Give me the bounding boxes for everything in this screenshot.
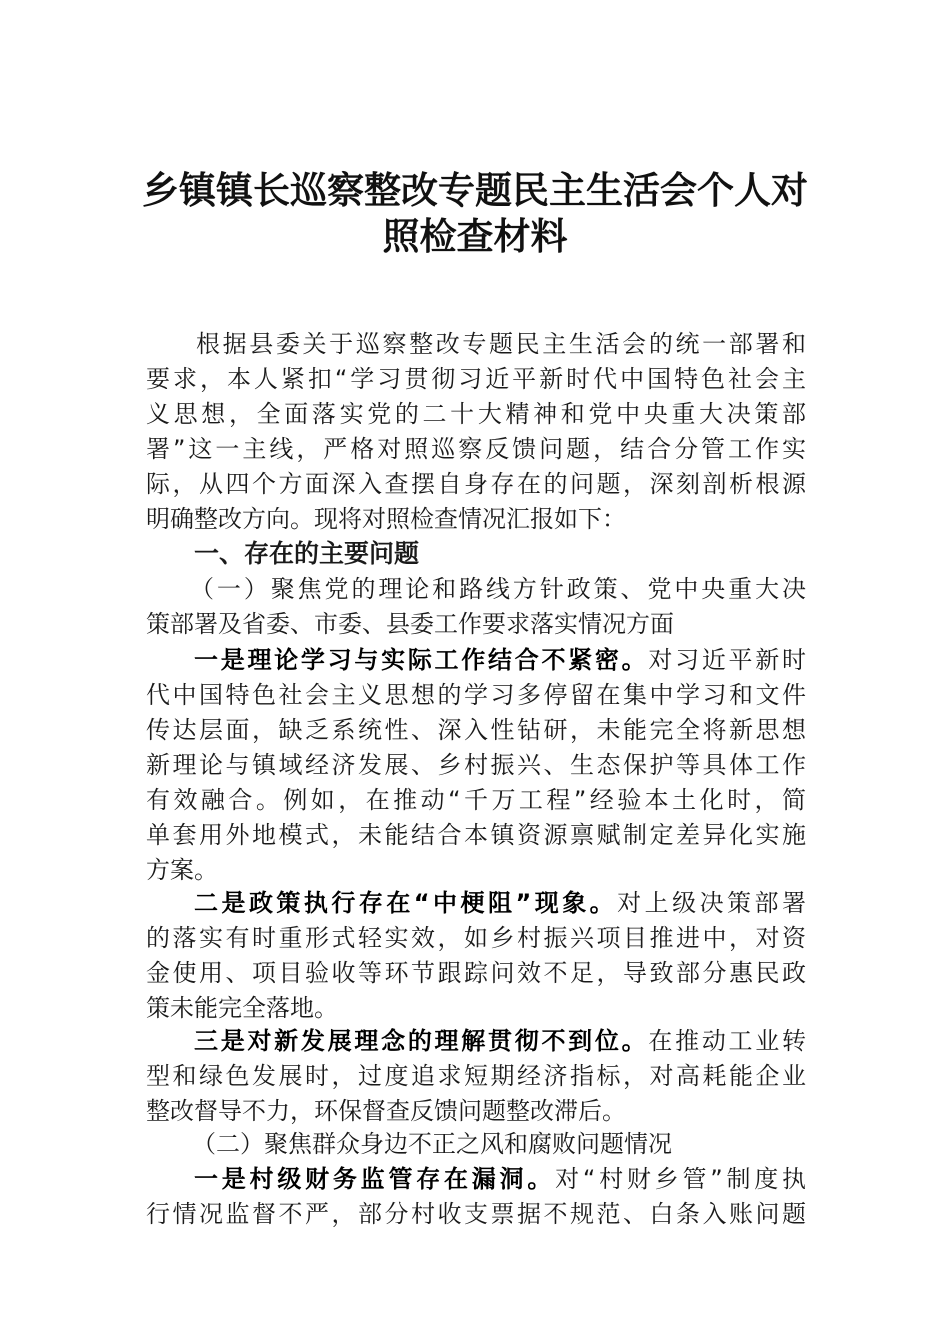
problem-heading: 三是对新发展理念的理解贯彻不到位。 (194, 1027, 648, 1055)
paragraph-line: 代中国特色社会主义思想的学习多停留在集中学习和文件 (146, 678, 806, 712)
problem-heading: 二是政策执行存在“中梗阻”现象。 (194, 889, 617, 917)
paragraph-line: 的落实有时重形式轻实效，如乡村振兴项目推进中，对资 (146, 921, 806, 955)
paragraph-text: 对上级决策部署 (617, 889, 806, 917)
intro-line: 根据县委关于巡察整改专题民主生活会的统一部署和 (196, 327, 806, 361)
paragraph-line: 金使用、项目验收等环节跟踪问效不足，导致部分惠民政 (146, 956, 806, 990)
paragraph-line: 单套用外地模式，未能结合本镇资源禀赋制定差异化实施 (146, 818, 806, 852)
subsection-heading-2: （二）聚焦群众身边不正之风和腐败问题情况 (192, 1127, 852, 1161)
paragraph-first-line: 二是政策执行存在“中梗阻”现象。对上级决策部署 (194, 886, 806, 920)
paragraph-first-line: 一是理论学习与实际工作结合不紧密。对习近平新时 (194, 643, 806, 677)
subsection-heading-line: （一）聚焦党的理论和路线方针政策、党中央重大决 (190, 572, 806, 606)
document-page: 乡镇镇长巡察整改专题民主生活会个人对 照检查材料 根据县委关于巡察整改专题民主生… (0, 0, 950, 1344)
paragraph-line: 传达层面，缺乏系统性、深入性钻研，未能完全将新思想 (146, 713, 806, 747)
intro-line: 署”这一主线，严格对照巡察反馈问题，结合分管工作实 (146, 432, 806, 466)
paragraph-text: 对习近平新时 (648, 646, 806, 674)
intro-line: 要求，本人紧扣“学习贯彻习近平新时代中国特色社会主 (146, 362, 806, 396)
paragraph-line: 新理论与镇域经济发展、乡村振兴、生态保护等具体工作 (146, 748, 806, 782)
paragraph-line: 行情况监督不严，部分村收支票据不规范、白条入账问题 (146, 1197, 806, 1231)
paragraph-line: 型和绿色发展时，过度追求短期经济指标，对高耗能企业 (146, 1059, 806, 1093)
intro-line: 义思想，全面落实党的二十大精神和党中央重大决策部 (146, 397, 806, 431)
problem-heading: 一是村级财务监管存在漏洞。 (194, 1165, 555, 1193)
paragraph-line: 有效融合。例如，在推动“千万工程”经验本土化时，简 (146, 783, 806, 817)
paragraph-text: 对“村财乡管”制度执 (555, 1165, 806, 1193)
document-title-line-2: 照检查材料 (0, 206, 950, 260)
problem-heading: 一是理论学习与实际工作结合不紧密。 (194, 646, 648, 674)
subsection-heading-line: 策部署及省委、市委、县委工作要求落实情况方面 (146, 607, 806, 641)
intro-line: 明确整改方向。现将对照检查情况汇报如下： (146, 502, 806, 536)
paragraph-first-line: 一是村级财务监管存在漏洞。对“村财乡管”制度执 (194, 1162, 806, 1196)
paragraph-line: 整改督导不力，环保督查反馈问题整改滞后。 (146, 1094, 806, 1128)
paragraph-text: 在推动工业转 (648, 1027, 806, 1055)
paragraph-line: 方案。 (146, 853, 806, 887)
paragraph-first-line: 三是对新发展理念的理解贯彻不到位。在推动工业转 (194, 1024, 806, 1058)
paragraph-line: 策未能完全落地。 (146, 991, 806, 1025)
section-heading-1: 一、存在的主要问题 (194, 537, 854, 571)
intro-line: 际，从四个方面深入查摆自身存在的问题，深刻剖析根源 (146, 467, 806, 501)
